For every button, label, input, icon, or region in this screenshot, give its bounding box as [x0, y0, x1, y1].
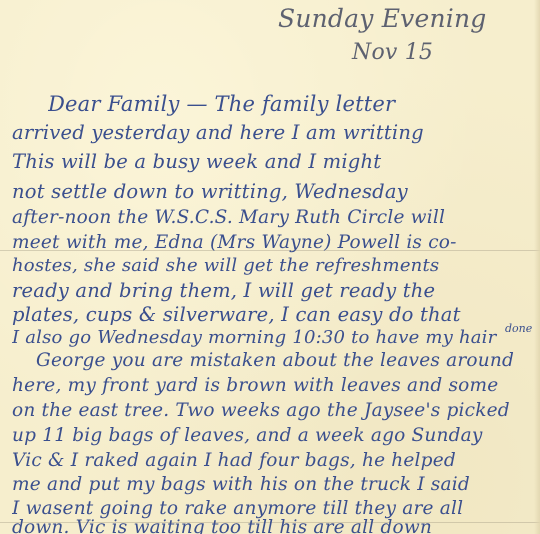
letter-line: on the east tree. Two weeks ago the Jays…	[12, 400, 532, 421]
letter-line: plates, cups & silverware, I can easy do…	[12, 303, 532, 326]
letter-line: ready and bring them, I will get ready t…	[12, 279, 532, 302]
letter-line: not settle down to writting, Wednesday	[12, 180, 532, 203]
letter-date: Nov 15	[352, 40, 433, 65]
letter-line: I wasent going to rake anymore till they…	[12, 498, 532, 519]
letter-day-heading: Sunday Evening	[278, 4, 486, 33]
salutation-line: Dear Family — The family letter	[48, 92, 528, 116]
letter-line: up 11 big bags of leaves, and a week ago…	[12, 425, 532, 446]
letter-line: after-noon the W.S.C.S. Mary Ruth Circle…	[12, 207, 532, 228]
letter-line: down. Vic is waiting too till his are al…	[12, 517, 532, 534]
letter-page: Sunday Evening Nov 15 Dear Family — The …	[0, 0, 540, 534]
letter-line: me and put my bags with his on the truck…	[12, 474, 532, 495]
letter-line: Vic & I raked again I had four bags, he …	[12, 450, 532, 471]
letter-line: I also go Wednesday morning 10:30 to hav…	[12, 327, 532, 348]
letter-line: George you are mistaken about the leaves…	[36, 350, 536, 371]
paper-edge	[534, 0, 540, 534]
letter-line: meet with me, Edna (Mrs Wayne) Powell is…	[12, 232, 532, 253]
letter-line: arrived yesterday and here I am writting	[12, 121, 532, 144]
letter-line: hostes, she said she will get the refres…	[12, 255, 532, 276]
letter-line: This will be a busy week and I might	[12, 150, 532, 173]
letter-line: here, my front yard is brown with leaves…	[12, 375, 532, 396]
